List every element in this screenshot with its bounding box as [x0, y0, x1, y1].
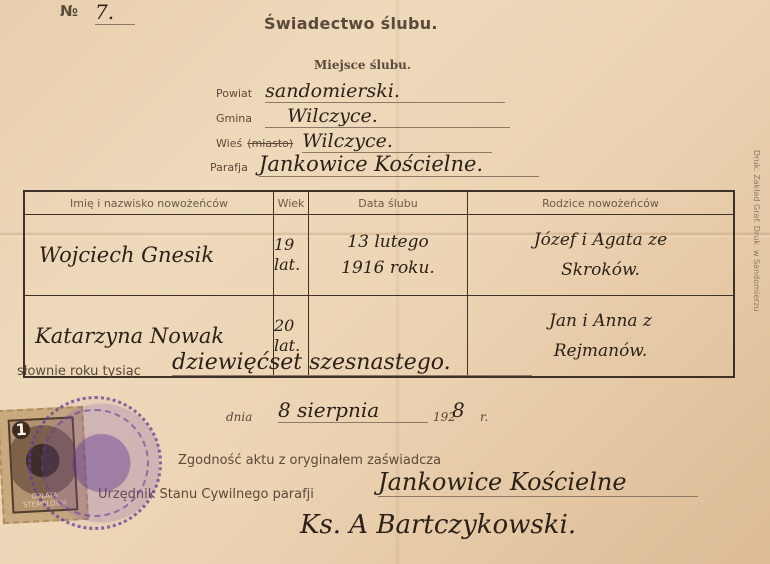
wedding-date: 13 lutego 1916 roku. — [309, 215, 468, 296]
number-label: № — [60, 2, 78, 20]
certify-text: Zgodność aktu z oryginałem zaświadcza — [178, 453, 441, 468]
official-seal-icon — [28, 396, 162, 530]
number-value: 7. — [95, 0, 135, 25]
printer-note: Druk. Zakład Graf. Druk. w Sandomierzu — [752, 150, 761, 312]
field-value: sandomierski. — [265, 80, 505, 103]
header-age: Wiek — [274, 191, 309, 215]
signature: Ks. A Bartczykowski. — [300, 510, 680, 540]
words-label: słownie roku tysiąc — [17, 364, 141, 379]
field-label: Parafja — [210, 161, 248, 174]
groom-parents: Józef i Agata ze Skroków. — [468, 215, 735, 296]
parents-line-1: Jan i Anna z — [468, 306, 733, 336]
field-label: Wieś — [216, 137, 242, 150]
stamp-value: 1 — [12, 421, 31, 440]
header-date: Data ślubu — [309, 191, 468, 215]
field-label: Gmina — [216, 112, 252, 125]
header-parents: Rodzice nowożeńców — [468, 191, 735, 215]
issue-date-value: 8 sierpnia — [278, 398, 428, 423]
table-row: Wojciech Gnesik 19 lat. 13 lutego 1916 r… — [24, 215, 734, 296]
field-value: Wilczyce. — [265, 105, 510, 128]
groom-age: 19 lat. — [274, 215, 309, 296]
field-powiat: Powiat sandomierski. — [216, 80, 516, 103]
year-digit: 8 — [452, 398, 465, 422]
field-value: Wilczyce. — [302, 130, 492, 153]
field-gmina: Gmina Wilczyce. — [216, 105, 516, 128]
year-suffix: r. — [480, 410, 488, 424]
official-parish: Jankowice Kościelne — [378, 468, 698, 497]
field-wies: Wieś (miasto) Wilczyce. — [216, 130, 516, 153]
field-parafja: Parafja Jankowice Kościelne. — [210, 152, 550, 177]
date-line-2: 1916 roku. — [309, 255, 467, 281]
date-label: dnia — [226, 410, 252, 424]
field-label-struck: (miasto) — [247, 137, 293, 150]
age-number: 19 — [274, 235, 308, 255]
table-header-row: Imię i nazwisko nowożeńców Wiek Data ślu… — [24, 191, 734, 215]
parents-line-1: Józef i Agata ze — [468, 225, 733, 255]
date-line-1: 13 lutego — [309, 229, 467, 255]
field-label: Powiat — [216, 87, 252, 100]
words-value: dziewięćset szesnastego. — [172, 350, 532, 376]
field-value: Jankowice Kościelne. — [259, 152, 539, 177]
place-heading: Miejsce ślubu. — [314, 58, 411, 72]
seal-ring — [41, 409, 149, 517]
document-title: Świadectwo ślubu. — [264, 14, 438, 33]
header-names: Imię i nazwisko nowożeńców — [24, 191, 274, 215]
groom-name: Wojciech Gnesik — [24, 215, 274, 296]
age-number: 20 — [274, 316, 308, 336]
age-unit: lat. — [274, 255, 308, 275]
parents-line-2: Skroków. — [468, 255, 733, 285]
